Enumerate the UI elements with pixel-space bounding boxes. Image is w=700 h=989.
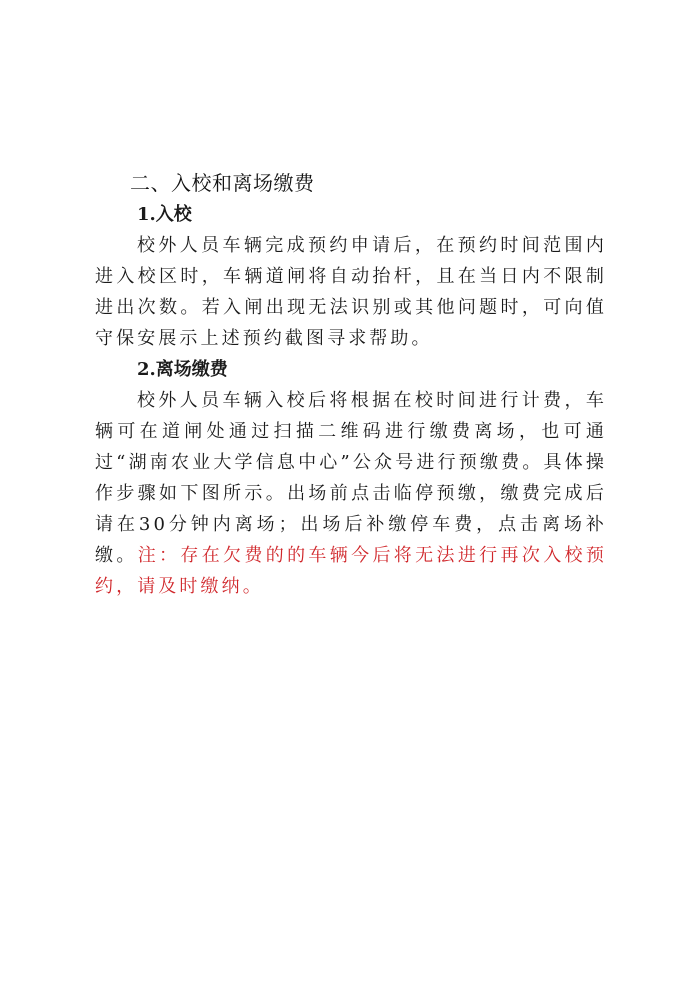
paragraph-exit-payment-text: 校外人员车辆入校后将根据在校时间进行计费，车辆可在道闸处通过扫描二维码进行缴费离… xyxy=(95,390,607,566)
section-heading: 二、入校和离场缴费 xyxy=(95,168,607,199)
subsection-exit-payment: 2.离场缴费 校外人员车辆入校后将根据在校时间进行计费，车辆可在道闸处通过扫描二… xyxy=(95,354,607,602)
subsection-title-entry: 1.入校 xyxy=(95,199,607,230)
paragraph-exit-payment: 校外人员车辆入校后将根据在校时间进行计费，车辆可在道闸处通过扫描二维码进行缴费离… xyxy=(95,385,607,602)
paragraph-entry: 校外人员车辆完成预约申请后，在预约时间范围内进入校区时，车辆道闸将自动抬杆，且在… xyxy=(95,230,607,354)
subsection-entry: 1.入校 校外人员车辆完成预约申请后，在预约时间范围内进入校区时，车辆道闸将自动… xyxy=(95,199,607,354)
arrears-warning-note: 注：存在欠费的的车辆今后将无法进行再次入校预约，请及时缴纳。 xyxy=(95,545,607,597)
subsection-title-exit-payment: 2.离场缴费 xyxy=(95,354,607,385)
document-page: 二、入校和离场缴费 1.入校 校外人员车辆完成预约申请后，在预约时间范围内进入校… xyxy=(95,168,607,602)
